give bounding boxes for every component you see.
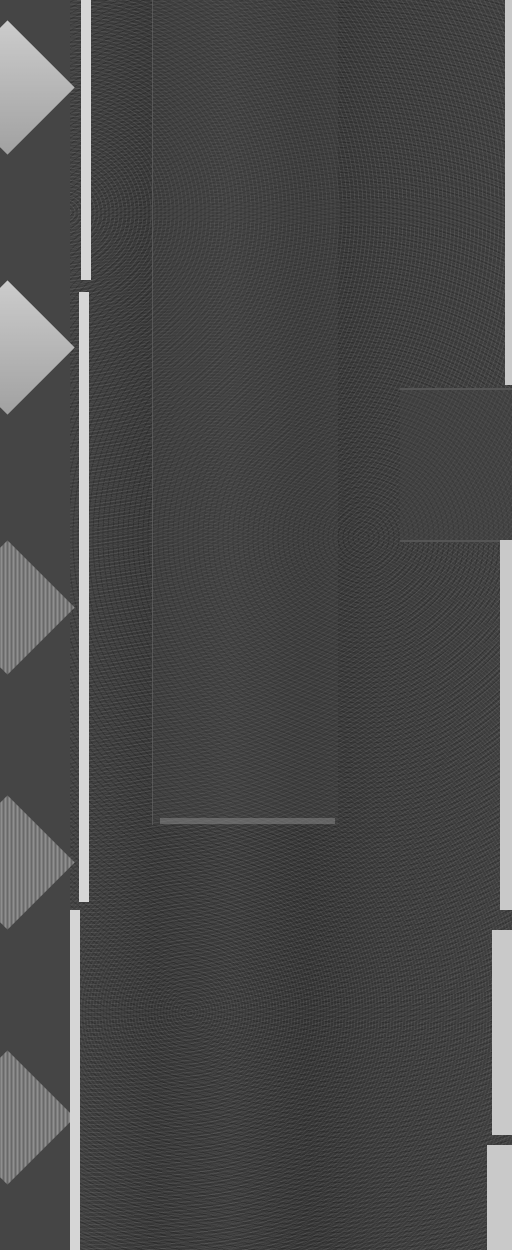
left-edge-line xyxy=(81,0,91,280)
right-edge-line xyxy=(492,930,512,1135)
left-edge-line xyxy=(70,910,80,1250)
transverse-joint xyxy=(400,388,512,542)
right-edge-line xyxy=(487,1145,512,1250)
patch-seam xyxy=(160,818,335,824)
pavement-patch xyxy=(152,0,338,825)
right-edge-line xyxy=(505,0,512,385)
road-surface-image: Asphalt pavement scan: left solid edge l… xyxy=(0,0,512,1250)
right-edge-line xyxy=(500,540,512,910)
left-edge-line xyxy=(79,292,89,902)
